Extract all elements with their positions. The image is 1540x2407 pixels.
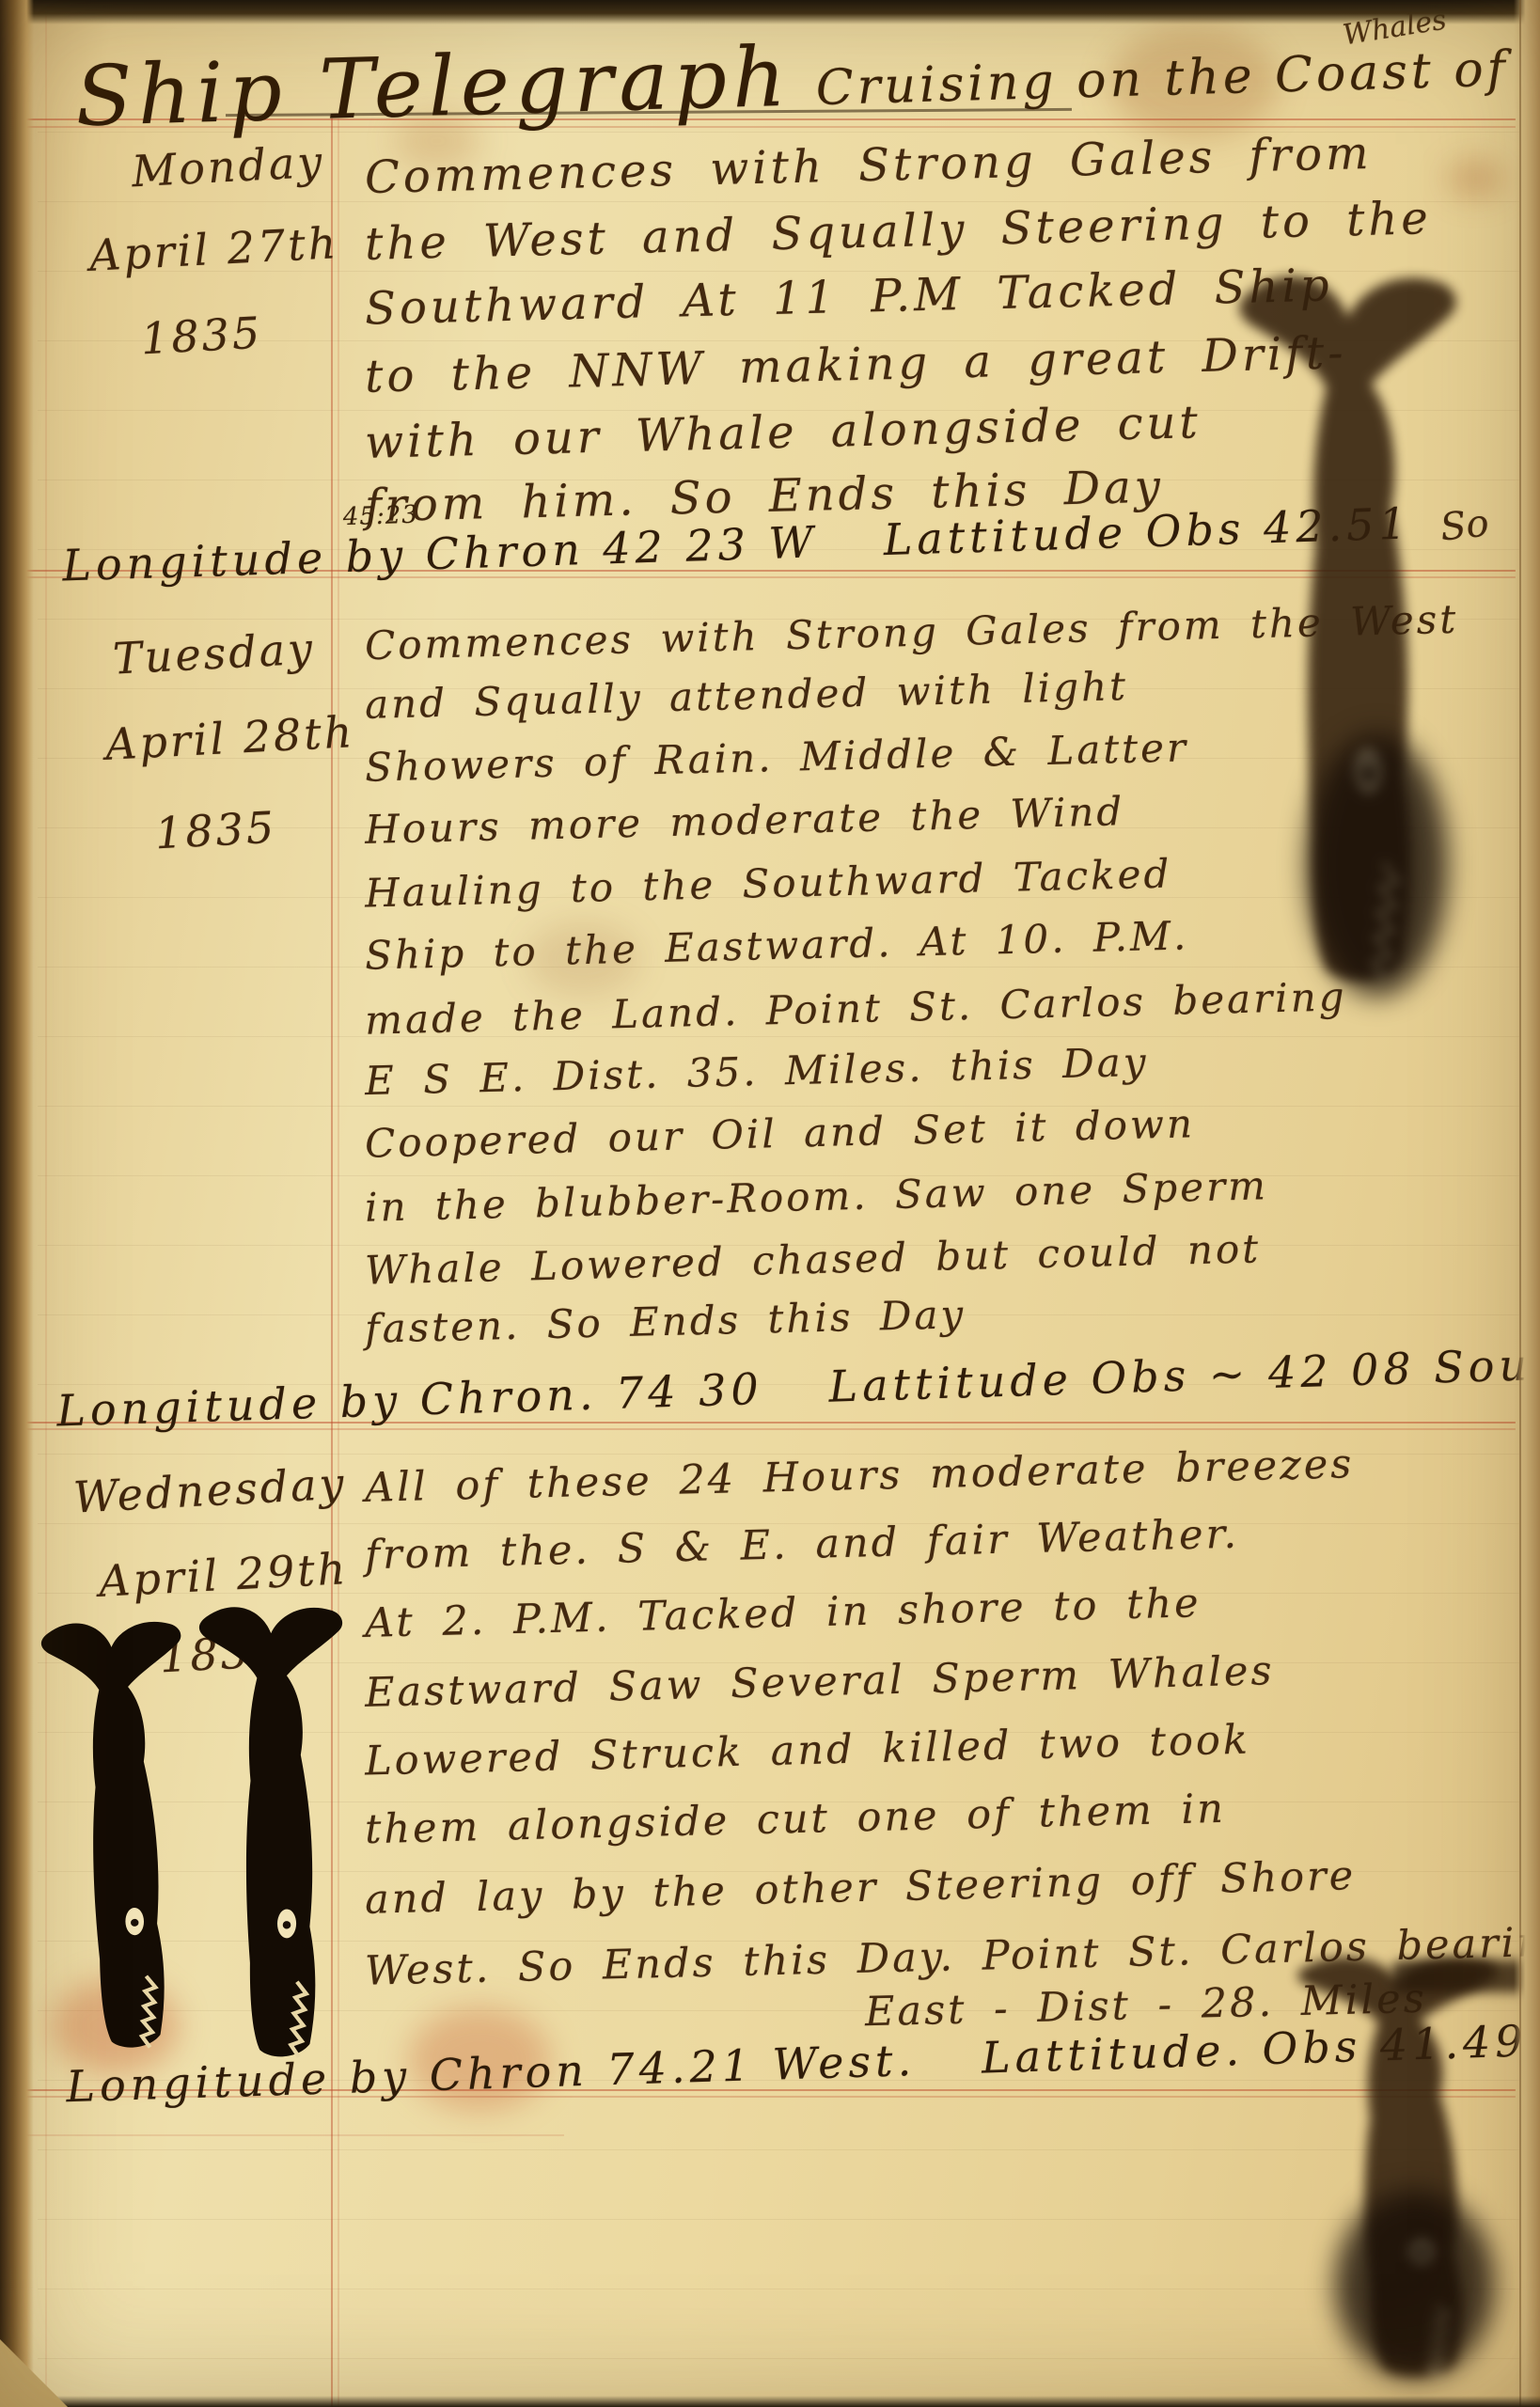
- page-curl: [0, 2339, 68, 2407]
- ship-name: Ship Telegraph: [74, 28, 793, 145]
- entry-rule-faint: [0, 2134, 564, 2136]
- stamp-ink-blot: [1307, 733, 1448, 997]
- longitude-correction: 45:23: [342, 501, 418, 531]
- logbook-page: { "page": { "header": { "ship_name": "Sh…: [0, 0, 1540, 2407]
- page-title: Cruising on the Coast of Chili for: [815, 34, 1540, 117]
- page-bottom-edge: [0, 2396, 1540, 2407]
- page-right-edge-line: [1519, 0, 1521, 2407]
- entry-day: Tuesday: [112, 622, 317, 684]
- paper-stain: [1448, 160, 1504, 197]
- entry-day: Monday: [131, 136, 326, 197]
- sperm-whale-stamp: [32, 1609, 197, 2061]
- entry-year: 1835: [154, 802, 278, 859]
- sperm-whale-stamp: [185, 1593, 352, 2069]
- binding-top-edge: [0, 0, 1540, 24]
- page-right-edge: [1514, 0, 1540, 2407]
- entry-year: 1835: [140, 307, 264, 365]
- stamp-ink-blot: [1335, 2191, 1495, 2379]
- binding-left-edge: [0, 0, 34, 2407]
